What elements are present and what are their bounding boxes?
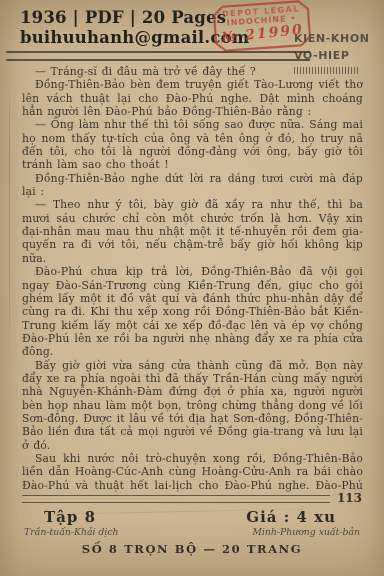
price-label: Giá : 4 xu <box>246 508 336 526</box>
body-text: — Tráng-sĩ đi đâu mà trở về đây thế ?Đồn… <box>22 65 363 493</box>
publisher-credit: Minh-Phương xuất-bản <box>252 527 360 538</box>
paragraph: — Tráng-sĩ đi đâu mà trở về đây thế ? <box>22 65 363 78</box>
paragraph: Đồng-Thiên-Bảo nghe dứt lời ra dáng tươi… <box>22 172 363 199</box>
paragraph: — Ông làm như thế thì tôi sống sao được … <box>22 118 363 171</box>
scanned-book-page: 1936 | PDF | 20 Pages buihuuhanh@gmail.c… <box>0 0 384 576</box>
paper-crease-vertical <box>9 80 10 370</box>
masthead-line1: KIEN-KHON <box>294 31 370 48</box>
header-double-rule <box>6 51 310 61</box>
translator-credit: Trần-tuấn-Khải dịch <box>24 527 119 538</box>
page-number-row: 113 <box>22 491 362 505</box>
page-number: 113 <box>337 491 362 505</box>
imprint-footer: Tập 8 Giá : 4 xu Trần-tuấn-Khải dịch Min… <box>22 508 362 556</box>
issue-line: SỐ 8 TRỌN BỘ — 20 TRANG <box>22 542 362 556</box>
footer-row-volume-price: Tập 8 Giá : 4 xu <box>22 508 362 526</box>
paragraph: Bấy giờ giời vừa sáng cửa thành cũng đã … <box>22 359 363 452</box>
paragraph: Sau khi nước nôi trò-chuyện xong rồi, Đồ… <box>22 452 363 493</box>
volume-label: Tập 8 <box>44 508 96 526</box>
paragraph: — Theo như ý tôi, bày giờ đã xầy ra như … <box>22 198 363 265</box>
paragraph: Đào-Phú chưa kịp trả lời, Đồng-Thiên-Bảo… <box>22 265 363 358</box>
paragraph: Đồng-Thiên-Bảo bèn đem truyện giết Tào-L… <box>22 78 363 118</box>
footer-double-rule <box>22 495 330 503</box>
footer-row-credits: Trần-tuấn-Khải dịch Minh-Phương xuất-bản <box>22 527 362 538</box>
